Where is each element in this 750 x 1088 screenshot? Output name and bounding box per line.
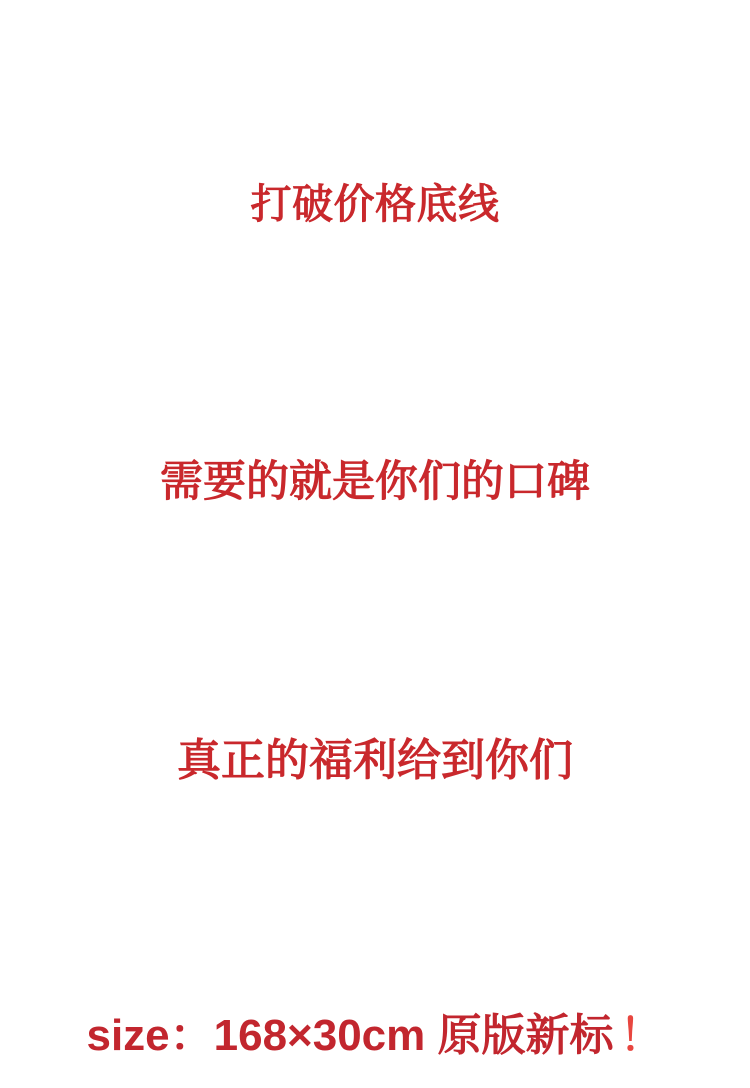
size-spec-text: size：168×30cm 原版新标	[86, 1011, 613, 1060]
exclamation-mark: ！	[614, 1011, 664, 1060]
headline-word-of-mouth: 需要的就是你们的口碑	[0, 461, 750, 504]
headline-break-price-floor: 打破价格底线	[0, 184, 750, 225]
size-spec-line: size：168×30cm 原版新标！	[0, 1014, 750, 1058]
headline-real-benefits: 真正的福利给到你们	[0, 739, 750, 783]
promo-page: 打破价格底线 需要的就是你们的口碑 真正的福利给到你们 size：168×30c…	[0, 0, 750, 1088]
